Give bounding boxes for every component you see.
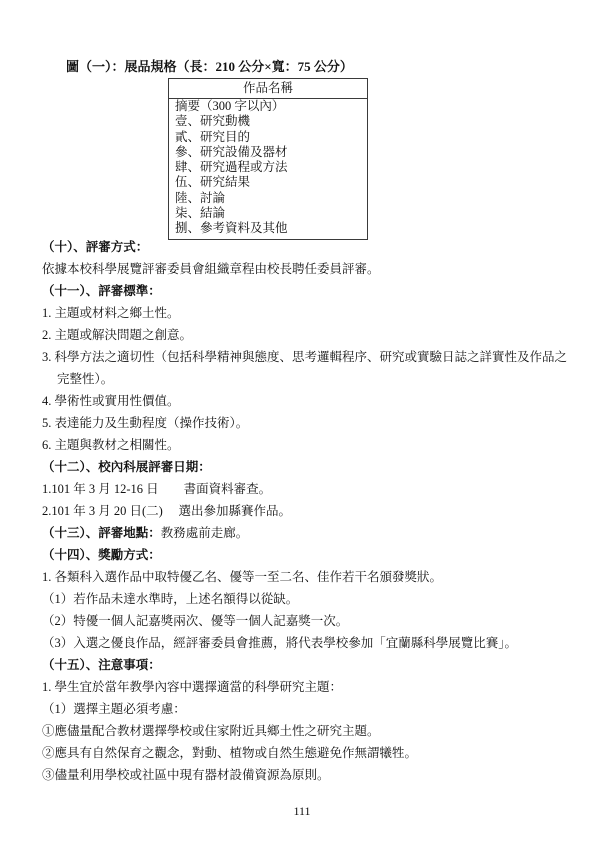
document-page: 圖（一）：展品規格（長：210 公分×寬：75 公分） 作品名稱 摘要（300 …: [0, 0, 604, 851]
table-row: 陸、討論: [169, 191, 367, 206]
table-row: 貳、研究目的: [169, 130, 367, 145]
circled-list-item: ①應儘量配合教材選擇學校或住家附近具鄉土性之研究主題。: [42, 720, 574, 742]
list-item: 2.101 年 3 月 20 日(二) 選出參加縣賽作品。: [42, 500, 574, 522]
section-heading-13: （十三）、評審地點：: [42, 526, 161, 540]
page-number: 111: [0, 804, 604, 819]
figure-caption: 圖（一）：展品規格（長：210 公分×寬：75 公分）: [66, 56, 353, 75]
table-row: 柒、結論: [169, 206, 367, 221]
section-heading-14: （十四）、獎勵方式：: [42, 544, 574, 566]
circled-list-item: ③儘量利用學校或社區中現有器材設備資源為原則。: [42, 764, 574, 786]
section-13-inline-text: 教務處前走廊。: [161, 526, 249, 540]
list-item: 2. 主題或解決問題之創意。: [42, 324, 574, 346]
document-body: （十）、評審方式： 依據本校科學展覽評審委員會組織章程由校長聘任委員評審。 （十…: [42, 236, 574, 786]
list-item: 5. 表達能力及生動程度（操作技術）。: [42, 412, 574, 434]
list-item: 6. 主題與教材之相關性。: [42, 434, 574, 456]
table-row: 肆、研究過程或方法: [169, 160, 367, 175]
sub-list-item: （2）特優一個人記嘉獎兩次、優等一個人記嘉獎一次。: [42, 610, 574, 632]
list-item: 1.101 年 3 月 12-16 日 書面資料審查。: [42, 478, 574, 500]
list-item: 3. 科學方法之適切性（包括科學精神與態度、思考邏輯程序、研究或實驗日誌之詳實性…: [42, 346, 574, 390]
sub-list-item: （1）選擇主題必須考慮：: [42, 698, 574, 720]
circled-list-item: ②應具有自然保育之觀念，對動、植物或自然生態避免作無謂犧牲。: [42, 742, 574, 764]
table-row: 參、研究設備及器材: [169, 145, 367, 160]
sub-list-item: （3）入選之優良作品，經評審委員會推薦，將代表學校參加「宜蘭縣科學展覽比賽」。: [42, 632, 574, 654]
list-item: 1. 各類科入選作品中取特優乙名、優等一至二名、佳作若干名頒發獎狀。: [42, 566, 574, 588]
table-row: 伍、研究結果: [169, 175, 367, 190]
table-header: 作品名稱: [169, 79, 367, 99]
table-row: 摘要（300 字以內）: [169, 99, 367, 114]
section-10-paragraph: 依據本校科學展覽評審委員會組織章程由校長聘任委員評審。: [42, 258, 574, 280]
list-item: 4. 學術性或實用性價值。: [42, 390, 574, 412]
section-heading-11: （十一）、評審標準：: [42, 280, 574, 302]
section-heading-13-line: （十三）、評審地點：教務處前走廊。: [42, 522, 574, 544]
table-row: 壹、研究動機: [169, 114, 367, 129]
section-heading-10: （十）、評審方式：: [42, 236, 574, 258]
sub-list-item: （1）若作品未達水準時，上述名額得以從缺。: [42, 588, 574, 610]
list-item: 1. 學生宜於當年教學內容中選擇適當的科學研究主題：: [42, 676, 574, 698]
list-item: 1. 主題或材料之鄉土性。: [42, 302, 574, 324]
spec-table: 作品名稱 摘要（300 字以內） 壹、研究動機 貳、研究目的 參、研究設備及器材…: [168, 78, 368, 240]
section-heading-12: （十二）、校內科展評審日期：: [42, 456, 574, 478]
section-heading-15: （十五）、注意事項：: [42, 654, 574, 676]
